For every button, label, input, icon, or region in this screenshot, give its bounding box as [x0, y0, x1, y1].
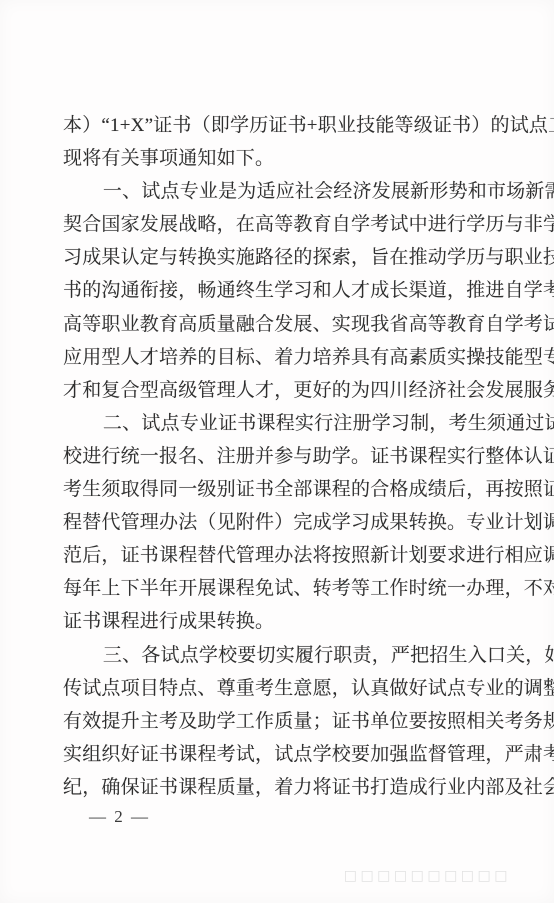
doc-line: 契合国家发展战略，在高等教育自学考试中进行学历与非学历学 [63, 208, 493, 241]
doc-line: 高等职业教育高质量融合发展、实现我省高等教育自学考试面向 [63, 308, 493, 341]
page-number: — 2 — [89, 806, 150, 828]
doc-line: 有效提升主考及助学工作质量；证书单位要按照相关考务规定切 [63, 705, 493, 738]
doc-line: 范后，证书课程替代管理办法将按照新计划要求进行相应调整。 [63, 539, 493, 572]
doc-line: 考生须取得同一级别证书全部课程的合格成绩后，再按照证书课 [63, 473, 493, 506]
doc-line: 纪，确保证书课程质量，着力将证书打造成行业内部及社会广泛 [63, 771, 493, 804]
doc-line: 书的沟通衔接，畅通终生学习和人才成长渠道，推进自学考试与 [63, 274, 493, 307]
doc-line: 本）“1+X”证书（即学历证书+职业技能等级证书）的试点工作， [63, 109, 493, 142]
watermark-placeholder-glyphs: □□□□□□□□□□ [344, 867, 511, 885]
doc-line: 校进行统一报名、注册并参与助学。证书课程实行整体认证制。 [63, 440, 493, 473]
doc-line: 每年上下半年开展课程免试、转考等工作时统一办理，不对单独 [63, 572, 493, 605]
doc-line: 应用型人才培养的目标、着力培养具有高素质实操技能型专门人 [63, 341, 493, 374]
document-body: 本）“1+X”证书（即学历证书+职业技能等级证书）的试点工作， 现将有关事项通知… [63, 109, 493, 804]
doc-line: 现将有关事项通知如下。 [63, 142, 493, 175]
doc-line: 证书课程进行成果转换。 [63, 605, 493, 638]
doc-line: 才和复合型高级管理人才，更好的为四川经济社会发展服务。 [63, 374, 493, 407]
doc-line-section-1: 一、试点专业是为适应社会经济发展新形势和市场新需求， [63, 175, 493, 208]
doc-line: 传试点项目特点、尊重考生意愿，认真做好试点专业的调整维护， [63, 672, 493, 705]
doc-line: 实组织好证书课程考试，试点学校要加强监督管理，严肃考风考 [63, 738, 493, 771]
doc-line: 程替代管理办法（见附件）完成学习成果转换。专业计划调整规 [63, 506, 493, 539]
doc-line-section-3: 三、各试点学校要切实履行职责，严把招生入口关，如实宣 [63, 639, 493, 672]
doc-line: 习成果认定与转换实施路径的探索，旨在推动学历与职业技能证 [63, 241, 493, 274]
scanned-document-page: 本）“1+X”证书（即学历证书+职业技能等级证书）的试点工作， 现将有关事项通知… [0, 0, 554, 903]
doc-line-section-2: 二、试点专业证书课程实行注册学习制，考生须通过试点学 [63, 407, 493, 440]
